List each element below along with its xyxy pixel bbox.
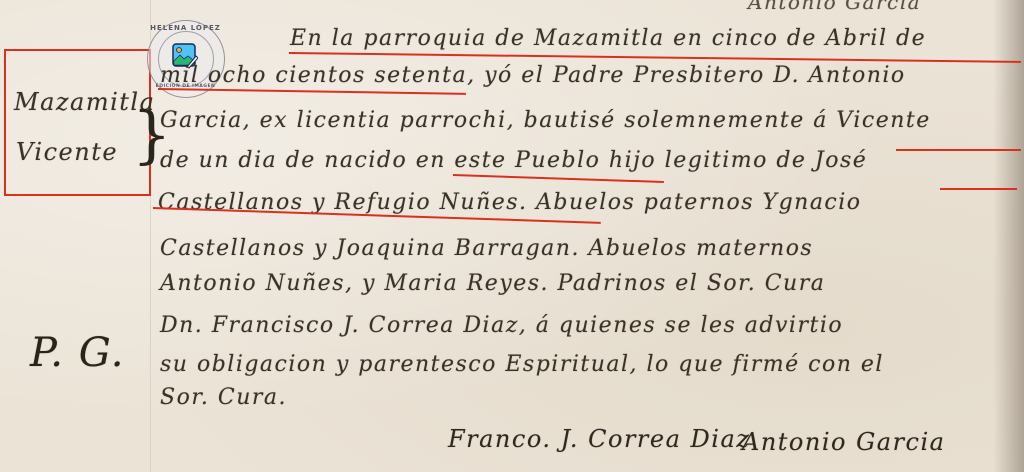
body-line-6: Castellanos y Joaquina Barragan. Abuelos…: [160, 236, 813, 261]
margin-name: Vicente: [16, 138, 118, 166]
underline-en-este-pueblo: [453, 174, 664, 183]
body-line-2: mil ocho cientos setenta, yó el Padre Pr…: [160, 63, 906, 88]
body-line-1: En la parroquia de Mazamitla en cinco de…: [290, 26, 926, 51]
underline-jose: [940, 188, 1017, 190]
body-line-8: Dn. Francisco J. Correa Diaz, á quienes …: [160, 313, 843, 338]
body-line-3: Garcia, ex licentia parrochi, bautisé so…: [160, 108, 931, 133]
signature-garcia: Antonio Garcia: [742, 428, 945, 456]
previous-record-fragment: Antonio Garcia: [748, 0, 921, 14]
stamp-top-text: HELENA LÓPEZ: [148, 24, 223, 32]
document-page: Antonio Garcia Mazamitla Vicente } P. G.…: [0, 0, 1024, 472]
body-line-10: Sor. Cura.: [160, 385, 287, 410]
margin-highlight-box: [4, 49, 151, 196]
underline-parish-date: [289, 52, 1021, 63]
body-line-4: de un dia de nacido en este Pueblo hijo …: [160, 148, 867, 173]
margin-initials: P. G.: [30, 330, 125, 376]
body-line-9: su obligacion y parentesco Espiritual, l…: [160, 352, 884, 377]
signature-correa: Franco. J. Correa Diaz: [448, 425, 750, 453]
underline-vicente: [896, 149, 1021, 151]
body-line-7: Antonio Nuñes, y Maria Reyes. Padrinos e…: [160, 271, 825, 296]
